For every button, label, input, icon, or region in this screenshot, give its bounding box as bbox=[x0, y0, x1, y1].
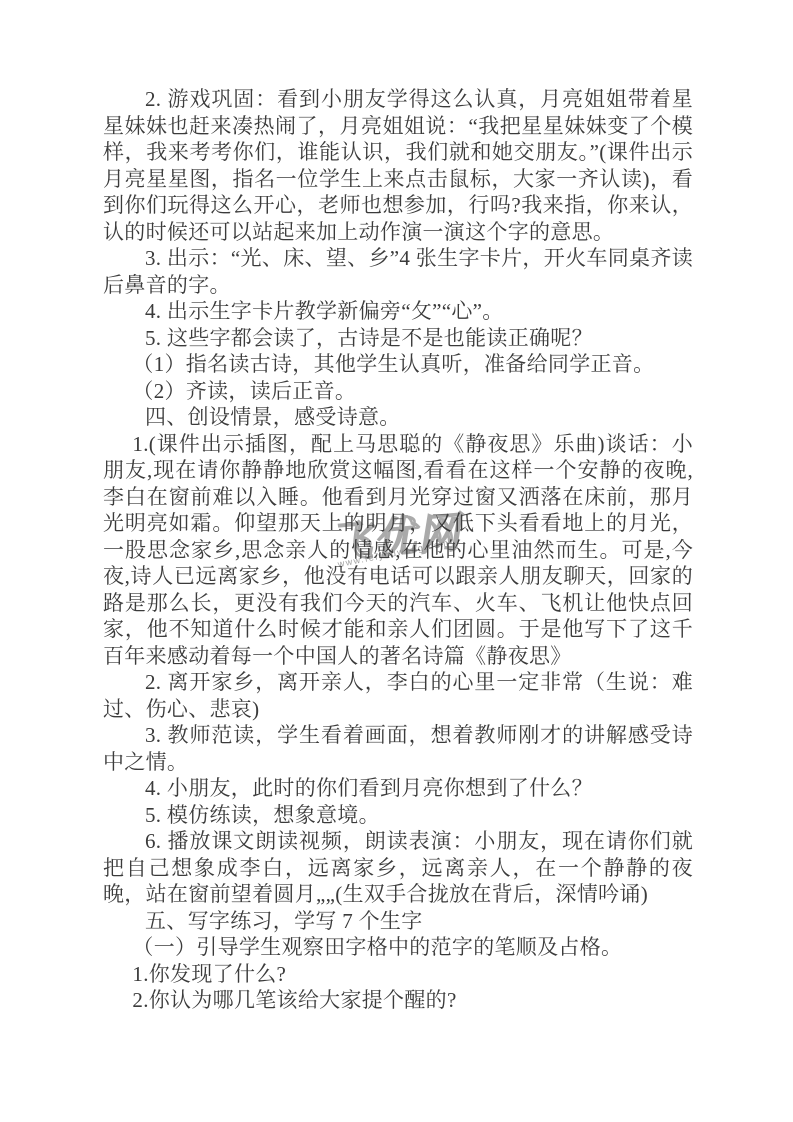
paragraph: 2. 游戏巩固：看到小朋友学得这么认真，月亮姐姐带着星星妹妹也赶来凑热闹了，月亮… bbox=[103, 86, 693, 245]
paragraph: 1.你发现了什么? bbox=[103, 961, 693, 988]
paragraph: （2）齐读，读后正音。 bbox=[103, 378, 693, 405]
paragraph: 6. 播放课文朗读视频，朗读表演：小朋友，现在请你们就把自己想象成李白，远离家乡… bbox=[103, 828, 693, 908]
paragraph: 2.你认为哪几笔该给大家提个醒的? bbox=[103, 987, 693, 1014]
paragraph: 4. 出示生字卡片教学新偏旁“攵”“心”。 bbox=[103, 298, 693, 325]
document-page: 飞优网 www.feiyouwang.com 2. 游戏巩固：看到小朋友学得这么… bbox=[0, 0, 793, 1122]
paragraph: 4. 小朋友，此时的你们看到月亮你想到了什么？ bbox=[103, 775, 693, 802]
paragraph: 2. 离开家乡，离开亲人，李白的心里一定非常（生说：难过、伤心、悲哀) bbox=[103, 669, 693, 722]
paragraph: 5. 这些字都会读了，古诗是不是也能读正确呢？ bbox=[103, 325, 693, 352]
paragraph: （一）引导学生观察田字格中的范字的笔顺及占格。 bbox=[103, 934, 693, 961]
paragraph: （1）指名读古诗，其他学生认真听，准备给同学正音。 bbox=[103, 351, 693, 378]
paragraph: 五、写字练习，学写 7 个生字 bbox=[103, 908, 693, 935]
paragraph: 3. 教师范读，学生看着画面，想着教师刚才的讲解感受诗中之情。 bbox=[103, 722, 693, 775]
paragraph: 3. 出示：“光、床、望、乡”4 张生字卡片，开火车同桌齐读后鼻音的字。 bbox=[103, 245, 693, 298]
paragraph: 四、创设情景，感受诗意。 bbox=[103, 404, 693, 431]
document-body: 2. 游戏巩固：看到小朋友学得这么认真，月亮姐姐带着星星妹妹也赶来凑热闹了，月亮… bbox=[103, 86, 693, 1014]
paragraph: 1.(课件出示插图，配上马思聪的《静夜思》乐曲)谈话：小朋友,现在请你静静地欣赏… bbox=[103, 431, 693, 670]
paragraph: 5. 模仿练读，想象意境。 bbox=[103, 802, 693, 829]
